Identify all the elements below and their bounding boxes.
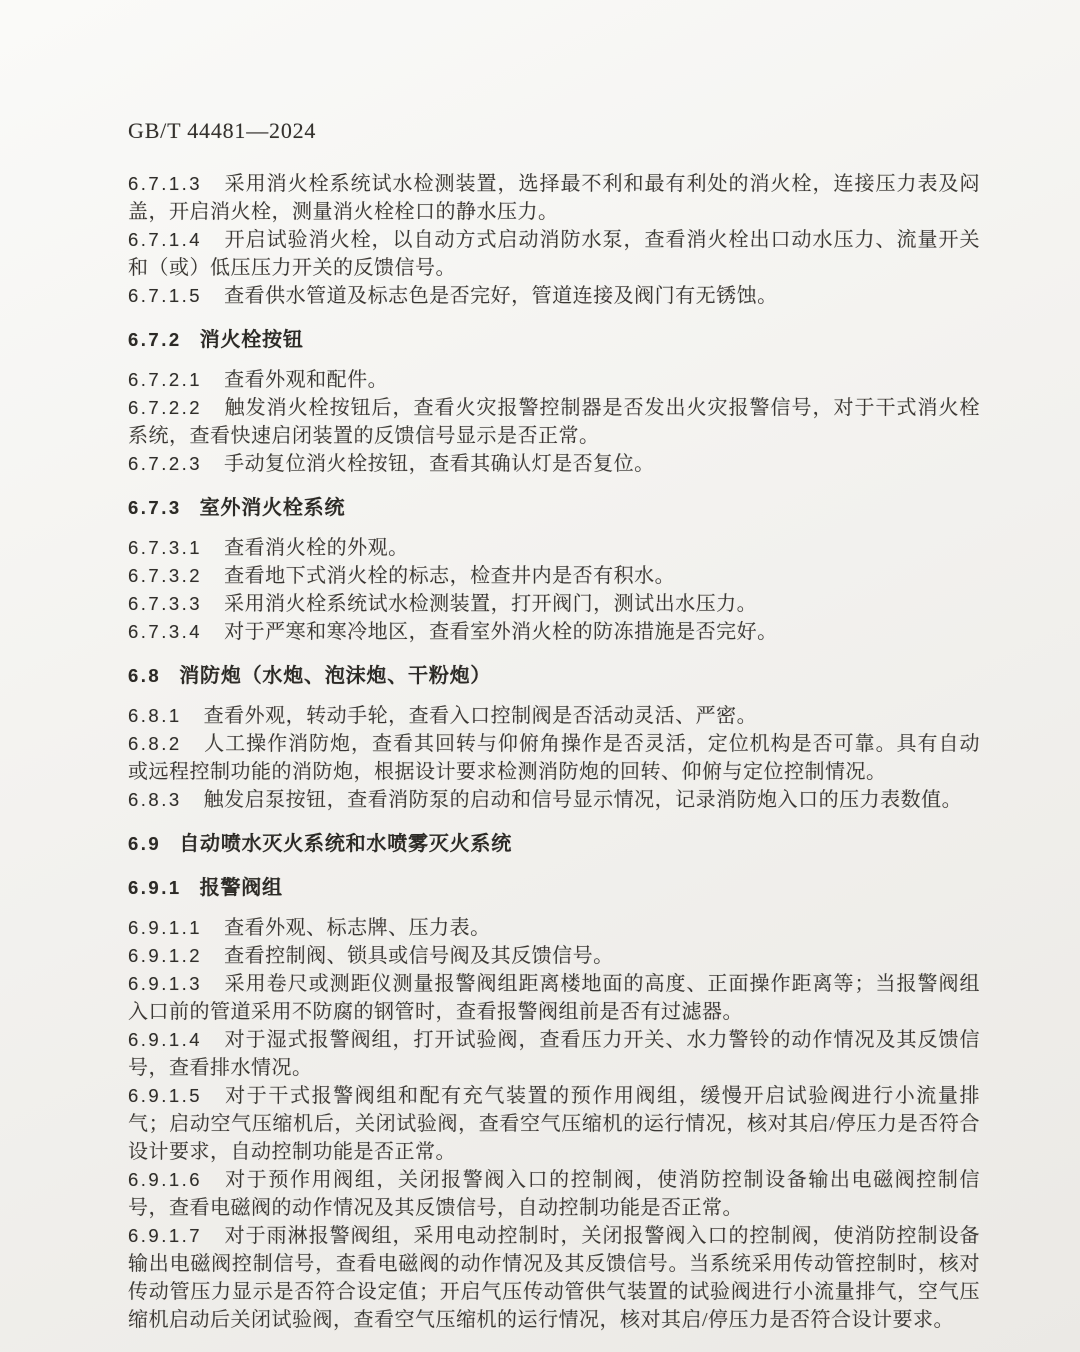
clause-text: 对于干式报警阀组和配有充气装置的预作用阀组，缓慢开启试验阀进行小流量排气；启动空… [128,1085,980,1163]
clause-number: 6.8.3 [128,789,182,810]
clause-number: 6.7.1.5 [128,285,202,306]
clause-title: 报警阀组 [200,877,283,899]
clause-paragraph: 6.7.3.4对于严寒和寒冷地区，查看室外消火栓的防冻措施是否完好。 [128,618,980,646]
clause-text: 开启试验消火栓，以自动方式启动消防水泵，查看消火栓出口动水压力、流量开关和（或）… [128,229,980,279]
clause-text: 触发消火栓按钮后，查看火灾报警控制器是否发出火灾报警信号，对于干式消火栓系统，查… [128,397,980,447]
clause-number: 6.9.1.5 [128,1085,202,1106]
clause-number: 6.7.1.3 [128,173,202,194]
clause-text: 对于雨淋报警阀组，采用电动控制时，关闭报警阀入口的控制阀，使消防控制设备输出电磁… [128,1225,980,1331]
clause-paragraph: 6.7.1.4开启试验消火栓，以自动方式启动消防水泵，查看消火栓出口动水压力、流… [128,226,980,282]
clause-number: 6.9 [128,833,161,854]
clause-text: 查看外观，转动手轮，查看入口控制阀是否活动灵活、严密。 [204,705,758,727]
clause-paragraph: 6.7.2.2触发消火栓按钮后，查看火灾报警控制器是否发出火灾报警信号，对于干式… [128,394,980,450]
clause-text: 对于严寒和寒冷地区，查看室外消火栓的防冻措施是否完好。 [224,621,778,643]
clause-paragraph: 6.8.1查看外观，转动手轮，查看入口控制阀是否活动灵活、严密。 [128,702,980,730]
clause-number: 6.9.1.6 [128,1169,202,1190]
clause-number: 6.8.2 [128,733,182,754]
clause-number: 6.7.3.1 [128,537,202,558]
clause-text: 查看消火栓的外观。 [224,537,409,559]
clause-heading: 6.9自动喷水灭火系统和水喷雾灭火系统 [128,830,980,858]
clause-number: 6.8.1 [128,705,182,726]
clause-number: 6.7.1.4 [128,229,202,250]
clause-title: 消防炮（水炮、泡沫炮、干粉炮） [179,665,491,687]
clause-text: 采用卷尺或测距仪测量报警阀组距离楼地面的高度、正面操作距离等；当报警阀组入口前的… [128,973,980,1023]
clause-number: 6.7.3 [128,497,182,518]
clause-paragraph: 6.7.2.1查看外观和配件。 [128,366,980,394]
clause-number: 6.9.1.4 [128,1029,202,1050]
clause-number: 6.9.1.7 [128,1225,202,1246]
clause-number: 6.7.2.2 [128,397,202,418]
clause-paragraph: 6.8.2人工操作消防炮，查看其回转与仰俯角操作是否灵活，定位机构是否可靠。具有… [128,730,980,786]
clause-number: 6.8 [128,665,161,686]
clause-paragraph: 6.7.1.5查看供水管道及标志色是否完好，管道连接及阀门有无锈蚀。 [128,282,980,310]
clause-heading: 6.8消防炮（水炮、泡沫炮、干粉炮） [128,662,980,690]
clause-text: 对于湿式报警阀组，打开试验阀，查看压力开关、水力警铃的动作情况及其反馈信号，查看… [128,1029,980,1079]
clause-text: 查看外观、标志牌、压力表。 [224,917,491,939]
clause-paragraph: 6.7.3.2查看地下式消火栓的标志，检查井内是否有积水。 [128,562,980,590]
clause-text: 触发启泵按钮，查看消防泵的启动和信号显示情况，记录消防炮入口的压力表数值。 [204,789,963,811]
clause-title: 消火栓按钮 [200,329,304,351]
clause-text: 采用消火栓系统试水检测装置，选择最不利和最有利处的消火栓，连接压力表及闷盖，开启… [128,173,980,223]
clause-number: 6.7.2.3 [128,453,202,474]
clause-paragraph: 6.9.1.6对于预作用阀组，关闭报警阀入口的控制阀，使消防控制设备输出电磁阀控… [128,1166,980,1222]
clause-text: 对于预作用阀组，关闭报警阀入口的控制阀，使消防控制设备输出电磁阀控制信号，查看电… [128,1169,980,1219]
clause-number: 6.7.3.2 [128,565,202,586]
clause-heading: 6.7.3室外消火栓系统 [128,494,980,522]
clause-number: 6.7.3.3 [128,593,202,614]
clause-paragraph: 6.9.1.2查看控制阀、锁具或信号阀及其反馈信号。 [128,942,980,970]
clause-paragraph: 6.8.3触发启泵按钮，查看消防泵的启动和信号显示情况，记录消防炮入口的压力表数… [128,786,980,814]
clause-paragraph: 6.9.1.1查看外观、标志牌、压力表。 [128,914,980,942]
clause-paragraph: 6.7.1.3采用消火栓系统试水检测装置，选择最不利和最有利处的消火栓，连接压力… [128,170,980,226]
clause-paragraph: 6.9.1.4对于湿式报警阀组，打开试验阀，查看压力开关、水力警铃的动作情况及其… [128,1026,980,1082]
clause-paragraph: 6.9.1.3采用卷尺或测距仪测量报警阀组距离楼地面的高度、正面操作距离等；当报… [128,970,980,1026]
clause-heading: 6.9.1报警阀组 [128,874,980,902]
clause-text: 查看外观和配件。 [224,369,388,391]
clause-number: 6.9.1.1 [128,917,202,938]
clause-number: 6.7.2.1 [128,369,202,390]
clause-number: 6.7.2 [128,329,182,350]
clause-number: 6.7.3.4 [128,621,202,642]
clause-paragraph: 6.7.3.1查看消火栓的外观。 [128,534,980,562]
clause-paragraph: 6.7.3.3采用消火栓系统试水检测装置，打开阀门，测试出水压力。 [128,590,980,618]
clause-text: 人工操作消防炮，查看其回转与仰俯角操作是否灵活，定位机构是否可靠。具有自动或远程… [128,733,980,783]
clause-number: 6.9.1 [128,877,182,898]
clause-text: 查看供水管道及标志色是否完好，管道连接及阀门有无锈蚀。 [224,285,778,307]
clause-title: 室外消火栓系统 [200,497,346,519]
document-page: GB/T 44481—2024 6.7.1.3采用消火栓系统试水检测装置，选择最… [0,0,1080,1352]
clause-text: 查看地下式消火栓的标志，检查井内是否有积水。 [224,565,675,587]
clause-text: 查看控制阀、锁具或信号阀及其反馈信号。 [224,945,614,967]
clause-number: 6.9.1.2 [128,945,202,966]
document-content: 6.7.1.3采用消火栓系统试水检测装置，选择最不利和最有利处的消火栓，连接压力… [128,170,980,1334]
clause-text: 采用消火栓系统试水检测装置，打开阀门，测试出水压力。 [224,593,757,615]
standard-number-header: GB/T 44481—2024 [128,116,980,146]
clause-text: 手动复位消火栓按钮，查看其确认灯是否复位。 [224,453,655,475]
clause-title: 自动喷水灭火系统和水喷雾灭火系统 [179,833,512,855]
clause-paragraph: 6.9.1.7对于雨淋报警阀组，采用电动控制时，关闭报警阀入口的控制阀，使消防控… [128,1222,980,1334]
clause-heading: 6.7.2消火栓按钮 [128,326,980,354]
clause-number: 6.9.1.3 [128,973,202,994]
clause-paragraph: 6.7.2.3手动复位消火栓按钮，查看其确认灯是否复位。 [128,450,980,478]
clause-paragraph: 6.9.1.5对于干式报警阀组和配有充气装置的预作用阀组，缓慢开启试验阀进行小流… [128,1082,980,1166]
